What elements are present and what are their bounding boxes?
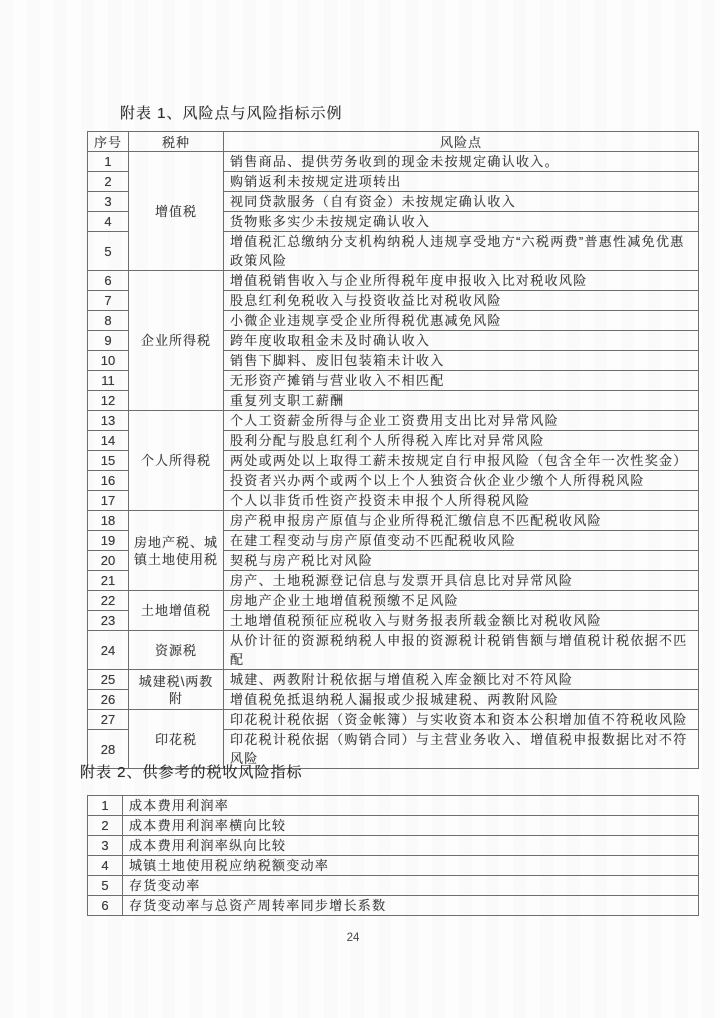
risk-points-table: 序号 税种 风险点 1增值税销售商品、提供劳务收到的现金未按规定确认收入。2购销…	[87, 131, 699, 769]
row-index-cell: 4	[88, 212, 129, 232]
row-index-cell: 14	[88, 431, 129, 451]
risk-point-cell: 个人工资薪金所得与企业工资费用支出比对异常风险	[224, 411, 699, 431]
table-row: 18房地产税、城镇土地使用税房产税申报房产原值与企业所得税汇缴信息不匹配税收风险	[88, 511, 699, 531]
table-row: 2成本费用利润率横向比较	[88, 816, 699, 836]
risk-point-cell: 城建、两教附计税依据与增值税入库金额比对不符风险	[224, 670, 699, 690]
row-index-cell: 12	[88, 391, 129, 411]
row-index-cell: 6	[88, 271, 129, 291]
row-index-cell: 25	[88, 670, 129, 690]
tax-type-cell: 城建税\两教附	[129, 670, 224, 710]
row-index-cell: 1	[88, 152, 129, 172]
row-index-cell: 27	[88, 710, 129, 730]
row-index-cell: 10	[88, 351, 129, 371]
risk-point-cell: 小微企业违规享受企业所得税优惠减免风险	[224, 311, 699, 331]
risk-point-cell: 销售商品、提供劳务收到的现金未按规定确认收入。	[224, 152, 699, 172]
indicator-cell: 成本费用利润率横向比较	[123, 816, 699, 836]
risk-point-cell: 两处或两处以上取得工薪未按规定自行申报风险（包含全年一次性奖金）	[224, 451, 699, 471]
col-header-index: 序号	[88, 132, 129, 152]
risk-point-cell: 视同贷款服务（自有资金）未按规定确认收入	[224, 192, 699, 212]
tax-type-cell: 企业所得税	[129, 271, 224, 411]
tax-type-cell: 增值税	[129, 152, 224, 271]
risk-point-cell: 土地增值税预征应税收入与财务报表所载金额比对税收风险	[224, 611, 699, 631]
row-index-cell: 22	[88, 591, 129, 611]
row-index-cell: 8	[88, 311, 129, 331]
table2-title: 附表 2、供参考的税收风险指标	[80, 761, 303, 782]
indicator-cell: 存货变动率与总资产周转率同步增长系数	[123, 896, 699, 916]
row-index-cell: 2	[88, 816, 123, 836]
table1-body: 1增值税销售商品、提供劳务收到的现金未按规定确认收入。2购销返利未按规定进项转出…	[88, 152, 699, 769]
risk-point-cell: 跨年度收取租金未及时确认收入	[224, 331, 699, 351]
row-index-cell: 16	[88, 471, 129, 491]
table-row: 5存货变动率	[88, 876, 699, 896]
row-index-cell: 26	[88, 690, 129, 710]
table-row: 4城镇土地使用税应纳税额变动率	[88, 856, 699, 876]
indicator-cell: 成本费用利润率	[123, 796, 699, 816]
risk-point-cell: 购销返利未按规定进项转出	[224, 172, 699, 192]
risk-indicators-table: 1成本费用利润率2成本费用利润率横向比较3成本费用利润率纵向比较4城镇土地使用税…	[87, 795, 699, 916]
row-index-cell: 4	[88, 856, 123, 876]
risk-point-cell: 销售下脚料、废旧包装箱未计收入	[224, 351, 699, 371]
row-index-cell: 6	[88, 896, 123, 916]
risk-point-cell: 重复列支职工薪酬	[224, 391, 699, 411]
table-header-row: 序号 税种 风险点	[88, 132, 699, 152]
risk-point-cell: 增值税销售收入与企业所得税年度申报收入比对税收风险	[224, 271, 699, 291]
risk-point-cell: 契税与房产税比对风险	[224, 551, 699, 571]
risk-point-cell: 从价计征的资源税纳税人申报的资源税计税销售额与增值税计税依据不匹配	[224, 631, 699, 670]
table-row: 3成本费用利润率纵向比较	[88, 836, 699, 856]
col-header-tax-type: 税种	[129, 132, 224, 152]
tax-type-cell: 个人所得税	[129, 411, 224, 511]
tax-type-cell: 房地产税、城镇土地使用税	[129, 511, 224, 591]
row-index-cell: 23	[88, 611, 129, 631]
table1-title: 附表 1、风险点与风险指标示例	[120, 102, 343, 123]
table-row: 13个人所得税个人工资薪金所得与企业工资费用支出比对异常风险	[88, 411, 699, 431]
row-index-cell: 3	[88, 836, 123, 856]
row-index-cell: 1	[88, 796, 123, 816]
table-row: 24资源税从价计征的资源税纳税人申报的资源税计税销售额与增值税计税依据不匹配	[88, 631, 699, 670]
table-row: 27印花税印花税计税依据（资金帐簿）与实收资本和资本公积增加值不符税收风险	[88, 710, 699, 730]
row-index-cell: 21	[88, 571, 129, 591]
row-index-cell: 13	[88, 411, 129, 431]
risk-point-cell: 印花税计税依据（资金帐簿）与实收资本和资本公积增加值不符税收风险	[224, 710, 699, 730]
table-row: 6企业所得税增值税销售收入与企业所得税年度申报收入比对税收风险	[88, 271, 699, 291]
row-index-cell: 2	[88, 172, 129, 192]
indicator-cell: 成本费用利润率纵向比较	[123, 836, 699, 856]
tax-type-cell: 印花税	[129, 710, 224, 769]
risk-point-cell: 货物账多实少未按规定确认收入	[224, 212, 699, 232]
row-index-cell: 9	[88, 331, 129, 351]
document-page: 附表 1、风险点与风险指标示例 序号 税种 风险点 1增值税销售商品、提供劳务收…	[0, 0, 720, 1018]
row-index-cell: 11	[88, 371, 129, 391]
table-row: 25城建税\两教附城建、两教附计税依据与增值税入库金额比对不符风险	[88, 670, 699, 690]
risk-point-cell: 增值税免抵退纳税人漏报或少报城建税、两教附风险	[224, 690, 699, 710]
risk-point-cell: 投资者兴办两个或两个以上个人独资合伙企业少缴个人所得税风险	[224, 471, 699, 491]
indicator-cell: 存货变动率	[123, 876, 699, 896]
tax-type-cell: 土地增值税	[129, 591, 224, 631]
table-row: 1增值税销售商品、提供劳务收到的现金未按规定确认收入。	[88, 152, 699, 172]
table-row: 1成本费用利润率	[88, 796, 699, 816]
risk-point-cell: 股利分配与股息红利个人所得税入库比对异常风险	[224, 431, 699, 451]
row-index-cell: 3	[88, 192, 129, 212]
page-number: 24	[0, 932, 706, 944]
table2-body: 1成本费用利润率2成本费用利润率横向比较3成本费用利润率纵向比较4城镇土地使用税…	[88, 796, 699, 916]
row-index-cell: 17	[88, 491, 129, 511]
indicator-cell: 城镇土地使用税应纳税额变动率	[123, 856, 699, 876]
col-header-risk-point: 风险点	[224, 132, 699, 152]
table-row: 22土地增值税房地产企业土地增值税预缴不足风险	[88, 591, 699, 611]
risk-point-cell: 在建工程变动与房产原值变动不匹配税收风险	[224, 531, 699, 551]
row-index-cell: 15	[88, 451, 129, 471]
risk-point-cell: 房产、土地税源登记信息与发票开具信息比对异常风险	[224, 571, 699, 591]
row-index-cell: 20	[88, 551, 129, 571]
risk-point-cell: 无形资产摊销与营业收入不相匹配	[224, 371, 699, 391]
row-index-cell: 19	[88, 531, 129, 551]
row-index-cell: 5	[88, 232, 129, 271]
risk-point-cell: 房产税申报房产原值与企业所得税汇缴信息不匹配税收风险	[224, 511, 699, 531]
row-index-cell: 24	[88, 631, 129, 670]
risk-point-cell: 个人以非货币性资产投资未申报个人所得税风险	[224, 491, 699, 511]
row-index-cell: 18	[88, 511, 129, 531]
table-row: 6存货变动率与总资产周转率同步增长系数	[88, 896, 699, 916]
risk-point-cell: 增值税汇总缴纳分支机构纳税人违规享受地方“六税两费”普惠性减免优惠政策风险	[224, 232, 699, 271]
row-index-cell: 5	[88, 876, 123, 896]
risk-point-cell: 房地产企业土地增值税预缴不足风险	[224, 591, 699, 611]
tax-type-cell: 资源税	[129, 631, 224, 670]
risk-point-cell: 股息红利免税收入与投资收益比对税收风险	[224, 291, 699, 311]
row-index-cell: 7	[88, 291, 129, 311]
